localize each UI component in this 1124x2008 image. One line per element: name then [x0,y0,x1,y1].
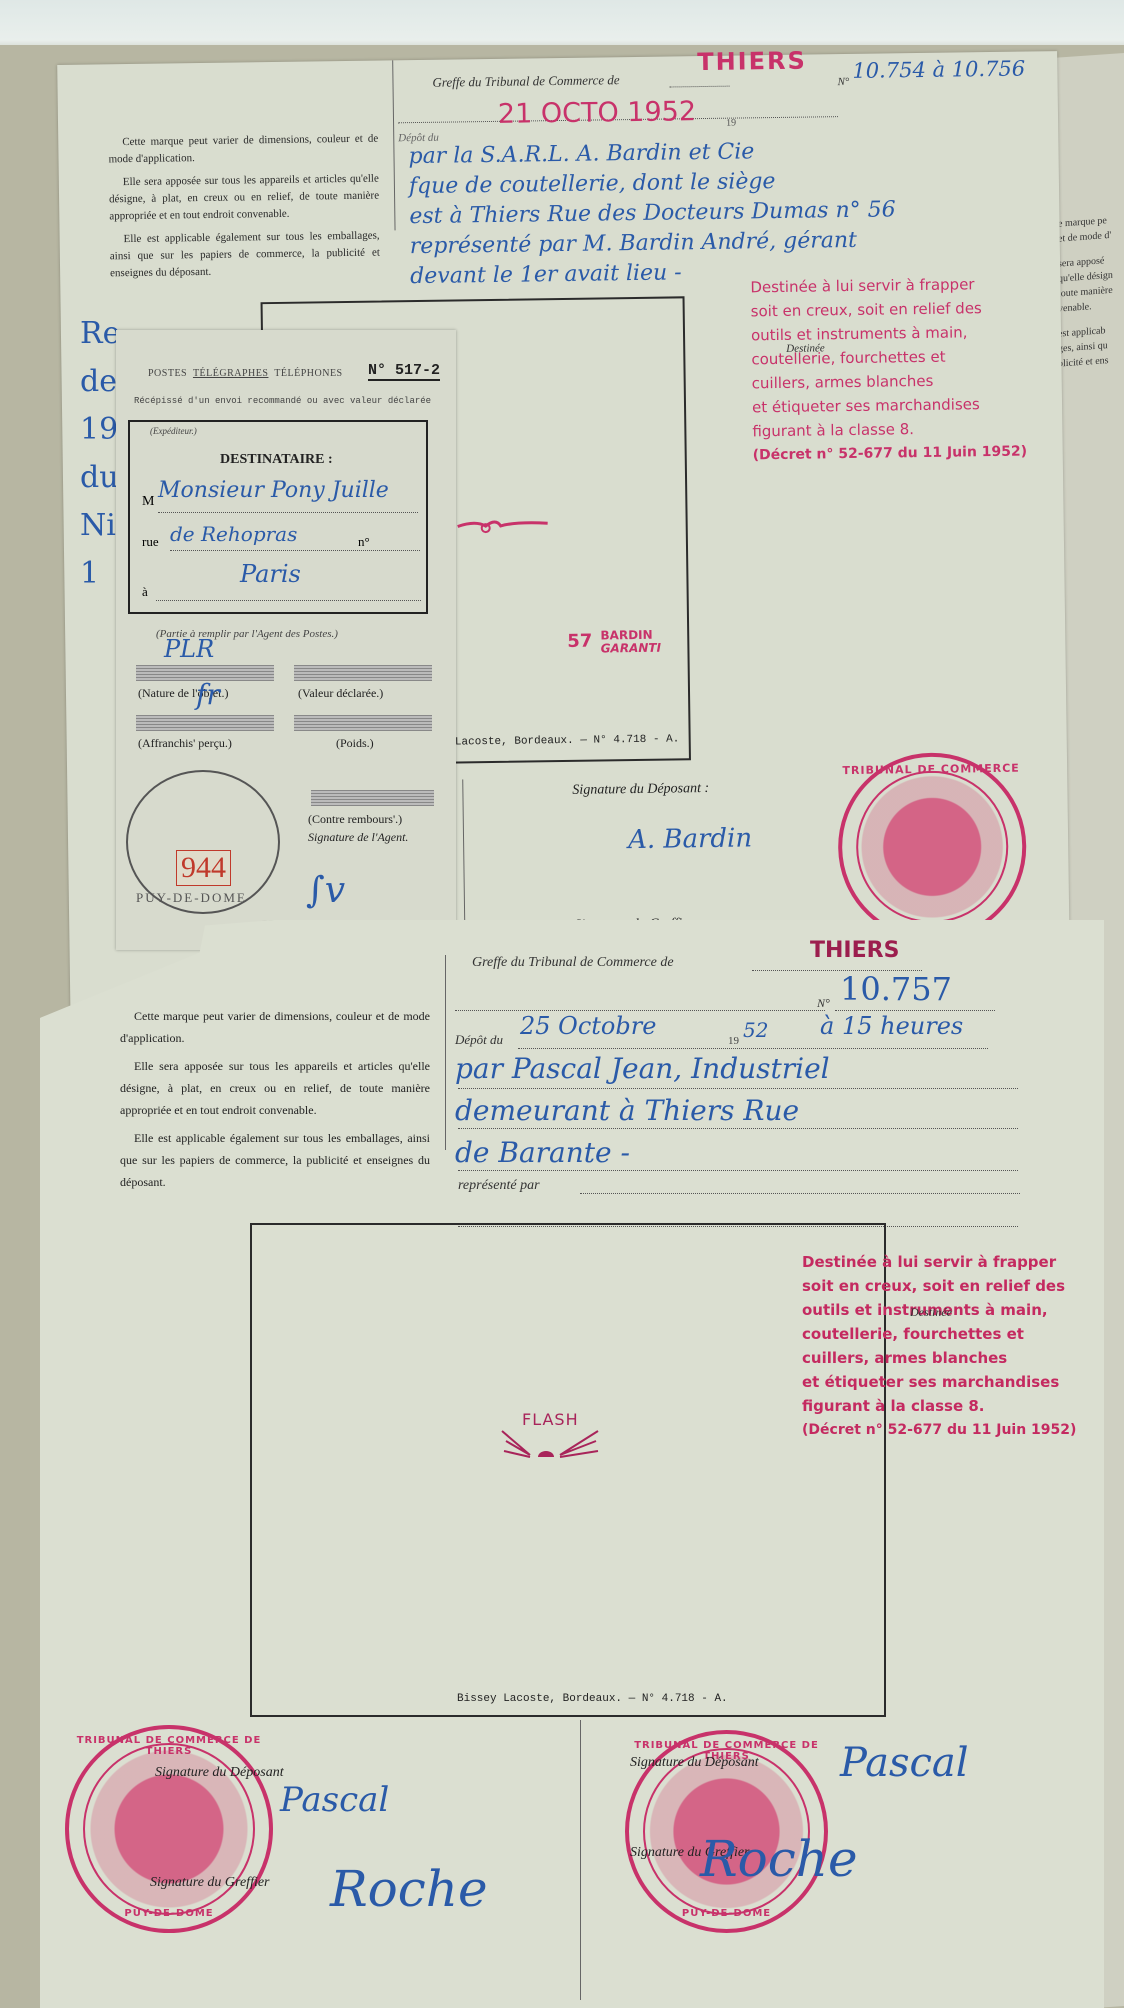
field-label: (Contre rembours'.) [308,812,402,827]
condition-paragraph: Elle sera apposée sur tous les appareils… [109,171,380,226]
postage-paid: fr [196,678,220,711]
signature-clerk-label: Signature du Greffier [150,1875,270,1891]
signature-depositor-label: Signature du Déposant : [572,781,709,799]
margin-note-line: Ni [80,502,120,550]
seal-bottom-text: PUY-DE-DOME [69,1908,269,1919]
background-text: qu'elle désign [1058,269,1113,286]
signature-depositor: Pascal [840,1740,969,1786]
divider [580,1720,581,2000]
background-text: et de mode d' [1058,229,1111,246]
stamp-line: coutellerie, fourchettes et [802,1322,1077,1346]
deposit-number: 10.757 [840,970,952,1008]
condition-paragraph: Cette marque peut varier de dimensions, … [120,1005,430,1049]
handwritten-line: demeurant à Thiers Rue [455,1090,1075,1132]
stamp-line: figurant à la classe 8. [802,1394,1077,1418]
decret-line: (Décret n° 52-677 du 11 Juin 1952) [802,1418,1077,1442]
background-text: toute manière [1058,284,1113,301]
receipt-header: POSTES TÉLÉGRAPHES TÉLÉPHONES [148,368,343,379]
recipient-label: DESTINATAIRE : [220,452,333,468]
destinee-label: Destinée [910,1305,952,1320]
condition-paragraph: Cette marque peut varier de dimensions, … [108,131,378,169]
city-label: à [142,584,148,600]
header-item: TÉLÉPHONES [274,368,342,379]
deposit-date: 25 Octobre [520,1012,656,1040]
postmark-text: PUY-DE-DOME [136,890,247,906]
margin-note-line: Re [80,310,120,358]
header-item: TÉLÉGRAPHES [193,368,269,379]
dotted-line [455,1010,825,1011]
dotted-line [835,1010,995,1011]
mark-box: FLASH Bissey Lacoste, Bordeaux. — N° 4.7… [250,1223,886,1717]
year-prefix: 19 [728,1035,739,1047]
divider [445,955,446,1150]
field-bar [311,790,434,806]
deposit-form-2: Cette marque peut varier de dimensions, … [40,920,1104,2008]
signature-clerk: Roche [330,1860,488,1918]
tribunal-seal: TRIBUNAL DE COMMERCE DE THIERS PUY-DE-DO… [65,1725,273,1933]
year-suffix: 52 [743,1018,768,1042]
decret-line: (Décret n° 52-677 du 11 Juin 1952) [753,440,1028,468]
recipient-street: de Rehopras [170,522,297,546]
greffe-label: Greffe du Tribunal de Commerce de [472,955,674,971]
field-bar [294,715,432,731]
background-text: ges, ainsi qu [1058,339,1108,355]
object-nature: PLR [164,635,214,663]
depositor-details: par Pascal Jean, Industriel demeurant à … [455,1048,1075,1174]
mark-text: FLASH [522,1410,600,1429]
stamp-line: Destinée à lui servir à frapper [802,1250,1077,1274]
signature-depositor-label: Signature du Déposant [155,1765,284,1781]
conditions-text: Cette marque peut varier de dimensions, … [108,131,380,289]
margin-note-line: de [80,358,120,406]
background-text: est applicab [1058,324,1105,340]
condition-paragraph: Elle est applicable également sur tous l… [110,228,381,283]
receipt-subtitle: Récépissé d'un envoi recommandé ou avec … [134,396,431,406]
signature-depositor-label: Signature du Déposant [630,1755,759,1771]
condition-paragraph: Elle sera apposée sur tous les appareils… [120,1055,430,1121]
destinee-stamp: Destinée à lui servir à frapper soit en … [802,1250,1077,1442]
seal-text: TRIBUNAL DE COMMERCE [841,762,1021,778]
handwritten-line: par Pascal Jean, Industriel [455,1048,1075,1090]
dotted-line [170,550,420,551]
number-label: N° [837,76,849,88]
year-prefix: 19 [726,118,736,129]
deposit-time: à 15 heures [820,1012,963,1040]
margin-note: Re de 19 du Ni 1 [80,310,120,598]
knife-mark [456,515,551,526]
mark-text: GARANTI [601,642,662,656]
stamp-line: et étiqueter ses marchandises [802,1370,1077,1394]
depositor-details: par la S.A.R.L. A. Bardin et Cie fque de… [408,134,970,292]
margin-note-line: du [80,454,120,502]
seal-bottom-text: PUY-DE-DOME [629,1908,824,1919]
tribunal-stamp: THIERS [697,47,807,77]
sender-label: (Expéditeur.) [150,426,197,436]
represented-by-label: représenté par [458,1178,540,1194]
stamp-line: cuillers, armes blanches [802,1346,1077,1370]
background-text: sera apposé [1058,254,1104,270]
receipt-form-number: N° 517-2 [368,362,440,381]
background-text: e marque pe [1058,214,1107,230]
dotted-line [158,512,418,513]
background-text: blicité et ens [1058,354,1109,371]
date-stamp: 21 OCTO 1952 [498,96,697,130]
tribunal-seal: TRIBUNAL DE COMMERCE [837,752,1028,943]
field-bar [136,715,274,731]
bardin-mark: 57 BARDIN GARANTI [567,629,661,656]
destinee-label: Destinée [786,342,825,355]
postmark: PUY-DE-DOME [126,770,280,914]
divider [392,60,395,230]
registration-label: 944 [176,850,231,886]
printer-line: Bissey Lacoste, Bordeaux. — N° 4.718 - A… [457,1693,728,1705]
handwritten-line: de Barante - [455,1132,1075,1174]
recipient-city: Paris [240,560,301,588]
postal-receipt: POSTES TÉLÉGRAPHES TÉLÉPHONES N° 517-2 R… [116,330,456,950]
destinee-stamp: Destinée à lui servir à frapper soit en … [750,272,1028,468]
dotted-line [458,1170,1018,1171]
background-text: venable. [1058,300,1092,315]
recipient-name: Monsieur Pony Juille [158,478,389,503]
deposit-number: 10.754 à 10.756 [852,57,1025,83]
seal-ring [855,770,1009,924]
condition-paragraph: Elle est applicable également sur tous l… [120,1127,430,1193]
greffe-label: Greffe du Tribunal de Commerce de [432,72,619,91]
seal-text: TRIBUNAL DE COMMERCE DE THIERS [69,1735,269,1757]
margin-note-line: 19 [80,406,120,454]
agent-signature: ∫v [306,870,345,911]
dotted-line [580,1193,1020,1194]
m-label: M [142,494,154,510]
signature-depositor: Pascal [280,1780,389,1820]
agent-signature-label: Signature de l'Agent. [308,830,408,845]
dotted-line [458,1128,1018,1129]
signature-clerk: Roche [700,1830,858,1888]
mark-number: 57 [567,630,592,651]
header-item: POSTES [148,368,187,379]
dotted-line [156,600,421,601]
margin-note-line: 1 [80,550,120,598]
field-label: (Affranchis' perçu.) [138,736,232,751]
field-bar [294,665,432,681]
dotted-line [458,1088,1018,1089]
rays-icon [500,1429,600,1459]
street-label: rue [142,534,159,550]
conditions-text: Cette marque peut varier de dimensions, … [120,1005,430,1199]
dotted-line [670,86,730,88]
signature-depositor: A. Bardin [628,823,752,855]
flash-mark: FLASH [500,1410,600,1464]
field-label: (Valeur déclarée.) [298,686,383,701]
depot-label: Dépôt du [455,1032,503,1048]
stamp-line: soit en creux, soit en relief des [802,1274,1077,1298]
field-label: (Poids.) [336,736,374,751]
number-label: n° [358,534,370,550]
number-label: N° [817,996,830,1011]
tribunal-stamp: THIERS [810,938,899,963]
recipient-box: (Expéditeur.) DESTINATAIRE : M Monsieur … [128,420,428,614]
